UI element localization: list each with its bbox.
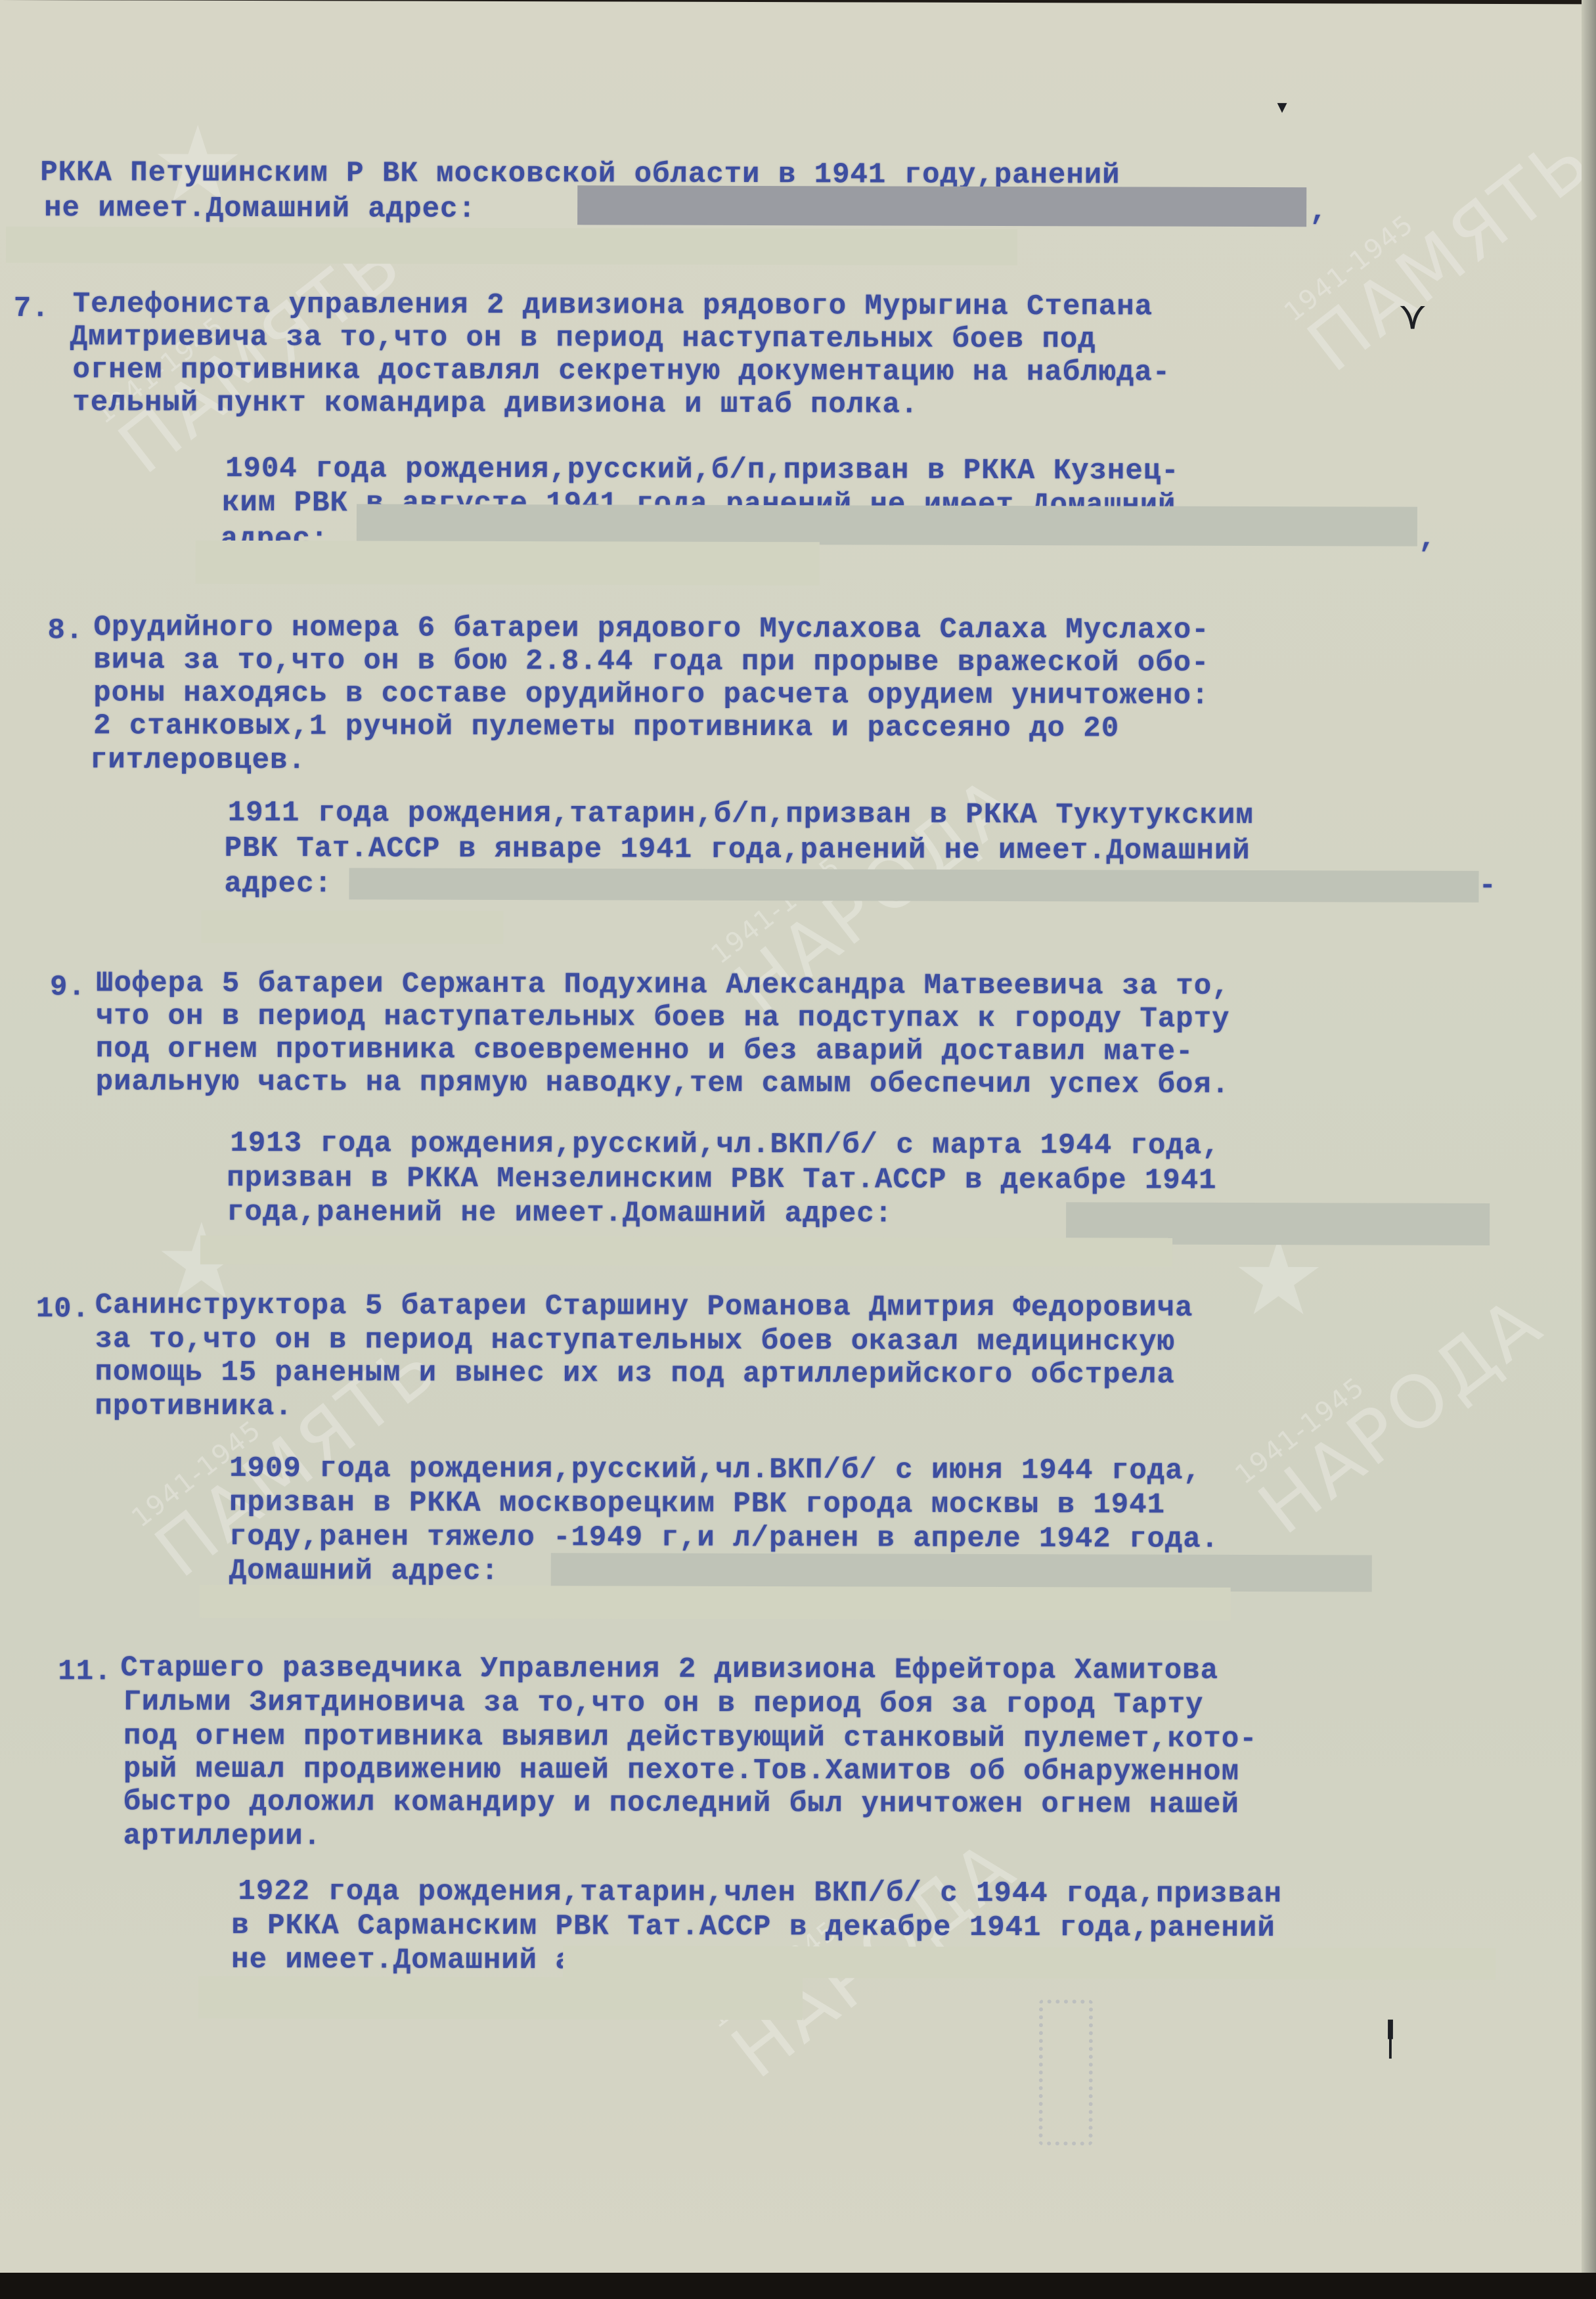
text-line: под огнем противника своевременно и без … xyxy=(96,1033,1194,1068)
text-line: огнем противника доставлял секретную док… xyxy=(72,353,1170,389)
scan-edge-right xyxy=(1582,0,1596,2299)
text-line: вича за то,что он в бою 2.8.44 года при … xyxy=(93,644,1209,679)
entry-number: 11. xyxy=(58,1655,112,1688)
document-page: ★ 1941-1945 ПАМЯТЬ 1941-1945 ПАМЯТЬ 1941… xyxy=(0,0,1591,2283)
text-line: тельный пункт командира дивизиона и штаб… xyxy=(72,386,918,421)
text-line: помощь 15 раненым и вынес их из под арти… xyxy=(95,1356,1174,1391)
redacted-address xyxy=(198,1976,803,2020)
text-line: Гильми Зиятдиновича за то,что он в перио… xyxy=(123,1686,1203,1722)
text-line: Шофера 5 батареи Сержанта Подухина Алекс… xyxy=(96,967,1230,1003)
bio-line: призван в РККА москворецким РВК города м… xyxy=(229,1486,1165,1522)
bio-line: году,ранен тяжело -1949 г,и л/ранен в ап… xyxy=(229,1521,1219,1556)
paper-tear-icon: ╿ xyxy=(1381,2020,1400,2059)
bio-line: 1922 года рождения,татарин,член ВКП/б/ с… xyxy=(238,1875,1282,1911)
entry-number: 9. xyxy=(50,971,86,1004)
text-line: рый мешал продвижению нашей пехоте.Тов.Х… xyxy=(123,1753,1239,1789)
award-entry-7: 7. Телефониста управления 2 дивизиона ря… xyxy=(0,0,1588,4)
text-line: Орудийного номера 6 батареи рядового Мус… xyxy=(93,611,1209,646)
scan-edge-bottom xyxy=(0,2273,1596,2299)
text-line: Старшего разведчика Управления 2 дивизио… xyxy=(120,1651,1218,1687)
paper-tear-icon: ⋎ xyxy=(1398,293,1427,339)
bio-line: в РККА Сарманским РВК Тат.АССР в декабре… xyxy=(231,1909,1275,1945)
continuation-block: РККА Петушинским Р ВК московской области… xyxy=(0,0,1588,4)
award-entry-9: 9. Шофера 5 батареи Сержанта Подухина Ал… xyxy=(0,0,1588,4)
redacted-address xyxy=(6,227,1017,265)
text-line: - xyxy=(1478,870,1497,903)
text-line: Телефониста управления 2 дивизиона рядов… xyxy=(73,288,1153,323)
entry-number: 10. xyxy=(36,1293,90,1326)
redacted-address xyxy=(201,910,503,944)
redacted-address xyxy=(200,1585,1231,1620)
text-line: риальную часть на прямую наводку,тем сам… xyxy=(96,1065,1230,1102)
text-line: , xyxy=(1419,523,1437,556)
bio-line: 1909 года рождения,русский,чл.ВКП/б/ с и… xyxy=(229,1452,1201,1488)
text-line: Санинструктора 5 батареи Старшину Романо… xyxy=(95,1289,1193,1324)
bio-line: РВК Тат.АССР в январе 1941 года,ранений … xyxy=(225,832,1251,868)
text-line: быстро доложил командиру и последний был… xyxy=(123,1786,1239,1821)
text-line: под огнем противника выявил действующий … xyxy=(123,1720,1258,1756)
award-entry-8: 8. Орудийного номера 6 батареи рядового … xyxy=(0,0,1588,4)
text-line: , xyxy=(1310,195,1328,228)
bio-line: года,ранений не имеет.Домашний адрес: xyxy=(227,1196,893,1231)
entry-number: 8. xyxy=(47,614,83,647)
text-line: не имеет.Домашний адрес: xyxy=(44,192,476,226)
entry-number: 7. xyxy=(14,292,50,325)
award-entry-11: 11. Старшего разведчика Управления 2 див… xyxy=(0,0,1588,4)
bleed-through-stamp xyxy=(1038,1999,1093,2145)
redacted-address xyxy=(357,504,1417,546)
bio-line: 1911 года рождения,татарин,б/п,призван в… xyxy=(228,797,1254,832)
text-line: артиллерии. xyxy=(123,1820,322,1854)
bio-line: 1913 года рождения,русский,чл.ВКП/б/ с м… xyxy=(230,1127,1220,1163)
redacted-address xyxy=(196,541,820,585)
text-line: роны находясь в составе орудийного расче… xyxy=(93,677,1209,712)
paper-mark-icon: ▾ xyxy=(1277,95,1287,118)
bio-line: Домашний адрес: xyxy=(229,1555,499,1588)
text-line: за то,что он в период наступательных бое… xyxy=(95,1323,1175,1358)
text-line: 2 станковых,1 ручной пулеметы противника… xyxy=(93,709,1119,745)
text-line: гитлеровцев. xyxy=(90,744,306,777)
bio-line: 1904 года рождения,русский,б/п,призван в… xyxy=(225,453,1180,488)
bio-line: адрес: xyxy=(224,868,332,901)
text-line: противника. xyxy=(95,1390,293,1423)
bio-line: призван в РККА Мензелинским РВК Тат.АССР… xyxy=(227,1162,1216,1197)
text-line: что он в период наступательных боев на п… xyxy=(96,1000,1230,1036)
award-entry-10: 10. Санинструктора 5 батареи Старшину Ро… xyxy=(0,0,1588,4)
text-line: Дмитриевича за то,что он в период наступ… xyxy=(70,321,1096,356)
redacted-address xyxy=(349,868,1478,903)
redacted-address xyxy=(577,185,1306,227)
redacted-address xyxy=(563,1946,1496,1980)
redacted-address xyxy=(200,1236,1172,1267)
watermark: 1941-1945 ПАМЯТЬ xyxy=(1280,100,1596,383)
